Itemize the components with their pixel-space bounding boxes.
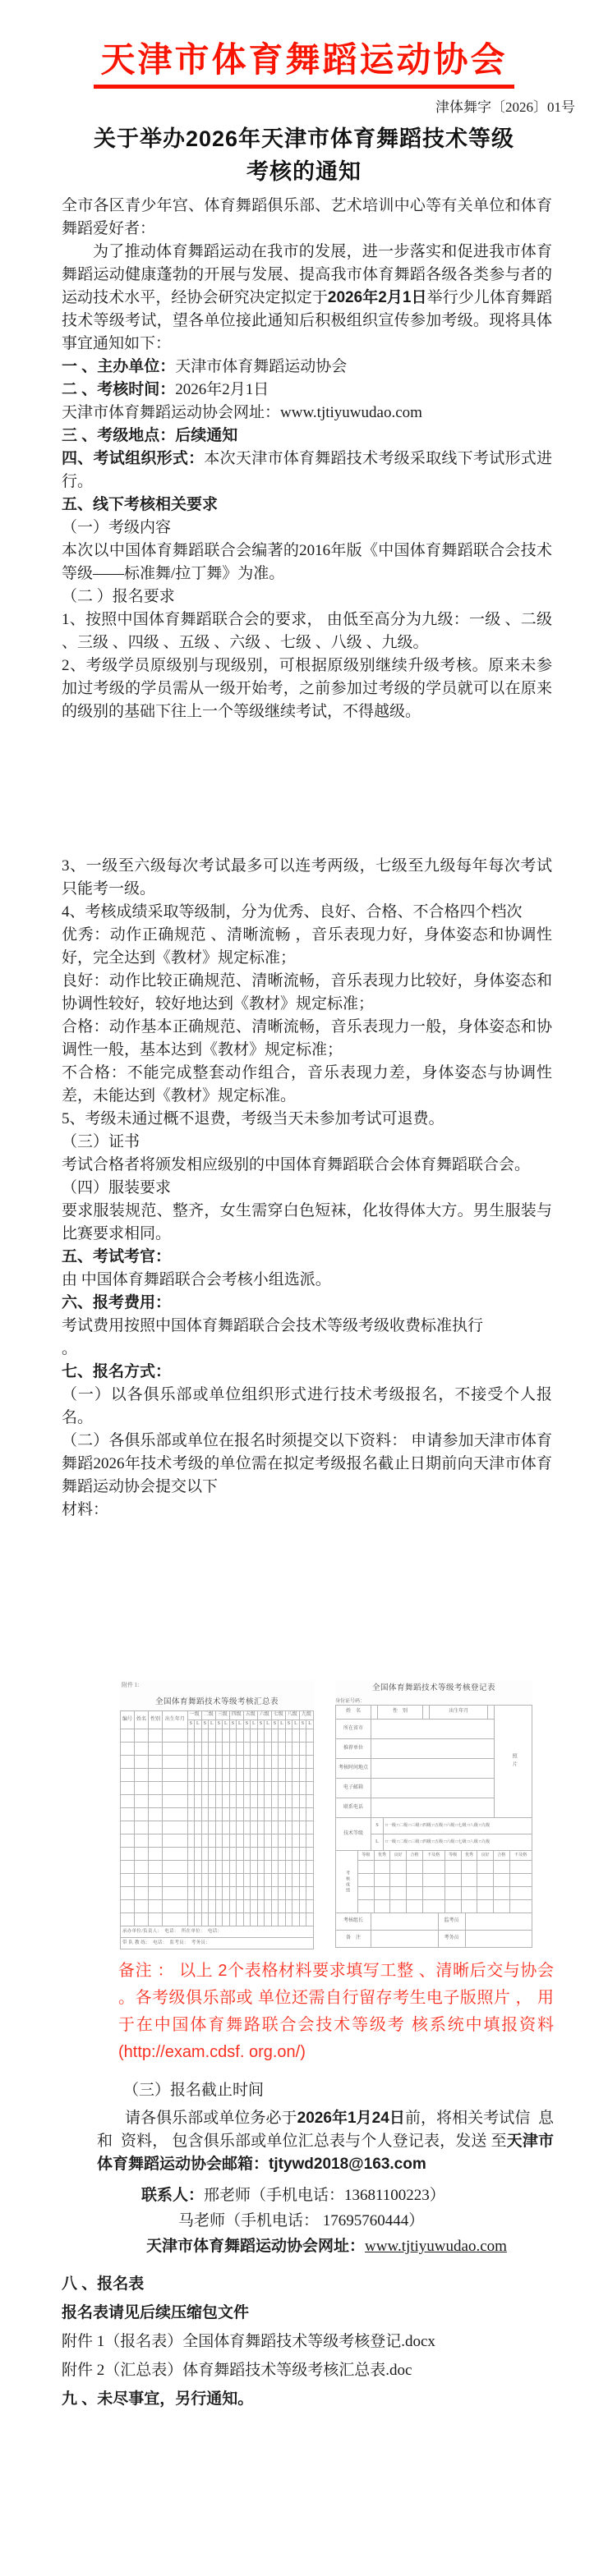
empty-cell: [121, 1861, 135, 1874]
score-cell: [358, 1874, 375, 1887]
empty-cell: [215, 1834, 222, 1848]
empty-cell: [257, 1795, 264, 1808]
empty-cell: [265, 1769, 272, 1782]
empty-cell: [222, 1834, 229, 1848]
empty-cell: [306, 1769, 314, 1782]
empty-cell: [243, 1900, 250, 1913]
text-run: 1、按照中国体育舞蹈联合会的要求， 由低至高分为九级：一级 、二级 、三级 、四…: [62, 611, 556, 651]
empty-cell: [187, 1743, 194, 1756]
empty-cell: [187, 1861, 194, 1874]
text-run: 八 、报名表: [62, 2275, 144, 2293]
score-row: [336, 1900, 532, 1913]
text-run: 附件 2（汇总表）体育舞蹈技术等级考核汇总表.doc: [62, 2362, 412, 2379]
summary-form-table: 编号姓名性别出生年月一级二级三级四级五级六级七级八级九级SLSLSLSLSLSL…: [120, 1710, 314, 1949]
grade-excellent: 优秀：动作正确规范 、清晰流畅 ，音乐表现力好，身体姿态和协调性好，完全达到《教…: [62, 924, 552, 970]
field-value: [371, 1739, 495, 1759]
dance-type-cell: L: [371, 1834, 384, 1851]
score-cell: [374, 1861, 390, 1874]
empty-cell: [229, 1874, 236, 1887]
empty-cell: [271, 1808, 278, 1821]
empty-cell: [163, 1769, 188, 1782]
empty-cell: [279, 1874, 286, 1887]
empty-cell: [163, 1808, 188, 1821]
score-cell: [422, 1900, 444, 1913]
score-cell: [358, 1861, 375, 1874]
text-run: 优秀：动作正确规范 、清晰流畅 ，音乐表现力好，身体姿态和协调性好，完全达到《教…: [62, 926, 552, 967]
empty-cell: [135, 1848, 149, 1861]
empty-cell: [285, 1743, 292, 1756]
field-label: 联系电话: [336, 1798, 371, 1818]
score-cell: [422, 1861, 444, 1874]
empty-cell: [251, 1874, 258, 1887]
empty-cell: [285, 1795, 292, 1808]
empty-cell: [215, 1808, 222, 1821]
contact-person-2: 马老师（手机电话： 17695760444）: [178, 2210, 552, 2233]
empty-cell: [306, 1834, 314, 1848]
empty-cell: [229, 1808, 236, 1821]
footer-value: [371, 1913, 439, 1931]
certificate-text: 考试合格者将颁发相应级别的中国体育舞蹈联合会体育舞蹈联合会。: [62, 1154, 552, 1177]
registration-top-table: 姓 名性 别出生年月照片所在省市推荐单位考核时间地点电子邮箱联系电话: [335, 1705, 532, 1818]
empty-cell: [279, 1848, 286, 1861]
empty-cell: [243, 1743, 250, 1756]
text-run: 联系人：: [141, 2187, 204, 2204]
content-basis: 本次以中国体育舞蹈联合会编著的2016年版《中国体育舞蹈联合会技术等级——标准舞…: [62, 540, 552, 585]
text-run: 邢老师（手机电话：13681100223）: [204, 2187, 445, 2204]
empty-cell: [257, 1874, 264, 1887]
text-run: 九 、未尽事宜，另行通知。: [62, 2390, 253, 2408]
empty-cell: [208, 1782, 215, 1795]
form-header-row: 编号姓名性别出生年月一级二级三级四级五级六级七级八级九级: [121, 1711, 314, 1720]
empty-cell: [292, 1874, 300, 1887]
empty-cell: [265, 1795, 272, 1808]
empty-cell: [208, 1887, 215, 1900]
empty-cell: [279, 1913, 286, 1926]
empty-cell: [149, 1861, 163, 1874]
score-cell: [390, 1900, 407, 1913]
registration-form-title: 全国体育舞蹈技术等级考核登记表: [335, 1681, 532, 1692]
forms-note: 报名表请见后续压缩包文件: [62, 2302, 552, 2325]
score-cell: [422, 1874, 444, 1887]
score-cell: [493, 1887, 509, 1900]
empty-cell: [251, 1782, 258, 1795]
empty-cell: [187, 1834, 194, 1848]
empty-cell: [237, 1769, 244, 1782]
empty-cell: [229, 1769, 236, 1782]
score-row: [336, 1887, 532, 1900]
text-run: 马老师（手机电话： 17695760444）: [178, 2212, 424, 2229]
empty-cell: [163, 1834, 188, 1848]
empty-cell: [201, 1821, 208, 1834]
page-gap: [0, 1522, 608, 1678]
empty-cell: [265, 1756, 272, 1769]
grade-column-header: 七级: [271, 1711, 285, 1720]
empty-cell: [208, 1795, 215, 1808]
rule-3: 3、一级至六级每次考试最多可以连考两级，七级至九级每年每次考试只能考一级。: [62, 855, 552, 901]
empty-cell: [149, 1743, 163, 1756]
empty-cell: [285, 1913, 292, 1926]
empty-cell: [201, 1861, 208, 1874]
empty-cell: [257, 1913, 264, 1926]
empty-data-row: [121, 1821, 314, 1834]
grade-subcolumn: S: [271, 1720, 278, 1729]
empty-data-row: [121, 1900, 314, 1913]
empty-cell: [229, 1795, 236, 1808]
empty-cell: [135, 1900, 149, 1913]
empty-cell: [201, 1874, 208, 1887]
empty-cell: [201, 1729, 208, 1743]
score-cell: [374, 1874, 390, 1887]
empty-data-row: [121, 1848, 314, 1861]
field-label: 考核时间地点: [336, 1759, 371, 1779]
empty-cell: [292, 1913, 300, 1926]
grade-subcolumn: L: [279, 1720, 286, 1729]
empty-cell: [208, 1743, 215, 1756]
grade-pass: 合格：动作基本正确规范、清晰流畅，音乐表现力一般，身体姿态和协调性一般，基本达到…: [62, 1016, 552, 1062]
empty-cell: [285, 1782, 292, 1795]
empty-cell: [121, 1795, 135, 1808]
empty-cell: [251, 1808, 258, 1821]
score-cell: [509, 1887, 532, 1900]
empty-cell: [285, 1900, 292, 1913]
empty-cell: [306, 1900, 314, 1913]
empty-cell: [201, 1782, 208, 1795]
empty-cell: [306, 1887, 314, 1900]
empty-cell: [243, 1887, 250, 1900]
empty-cell: [121, 1874, 135, 1887]
grade-subcolumn: L: [306, 1720, 314, 1729]
empty-cell: [215, 1821, 222, 1834]
doc-number: 津体舞字〔2026〕01号: [0, 95, 575, 116]
score-cell: [390, 1887, 407, 1900]
text-run: （二）各俱乐部或单位在报名时须提交以下资料： 申请参加天津市体育舞蹈2026年技…: [62, 1432, 552, 1495]
empty-cell: [271, 1848, 278, 1861]
empty-cell: [121, 1900, 135, 1913]
rule-5: 5、考级未通过概不退费，考级当天未参加考试可退费。: [62, 1108, 552, 1131]
document-body: 全市各区青少年宫、体育舞蹈俱乐部、艺术培训中心等有关单位和体育舞蹈爱好者：为了推…: [0, 195, 608, 2411]
empty-cell: [243, 1795, 250, 1808]
grade-good: 良好：动作比较正确规范、清晰流畅，音乐表现力比较好，身体姿态和协调性较好，较好地…: [62, 970, 552, 1016]
field-value: [423, 1706, 430, 1720]
empty-cell: [215, 1743, 222, 1756]
empty-cell: [208, 1756, 215, 1769]
association-website: 天津市体育舞蹈运动协会网址：www.tjtiyuwudao.com: [146, 2235, 552, 2258]
empty-cell: [306, 1913, 314, 1926]
empty-cell: [121, 1834, 135, 1848]
empty-cell: [163, 1887, 188, 1900]
empty-cell: [292, 1821, 300, 1834]
empty-cell: [285, 1861, 292, 1874]
empty-cell: [251, 1743, 258, 1756]
footer-value: [371, 1931, 439, 1948]
empty-cell: [229, 1887, 236, 1900]
empty-cell: [229, 1834, 236, 1848]
score-cell: [358, 1887, 375, 1900]
salutation: 全市各区青少年宫、体育舞蹈俱乐部、艺术培训中心等有关单位和体育舞蹈爱好者：: [62, 195, 552, 241]
empty-cell: [163, 1848, 188, 1861]
empty-cell: [243, 1874, 250, 1887]
empty-cell: [265, 1874, 272, 1887]
fees-text: 考试费用按照中国体育舞蹈联合会技术等级考级收费标准执行: [62, 1315, 552, 1338]
empty-cell: [271, 1821, 278, 1834]
empty-cell: [222, 1821, 229, 1834]
grade-subcolumn: S: [243, 1720, 250, 1729]
sub-3-deadline: （三）报名截止时间: [123, 2079, 552, 2102]
empty-cell: [121, 1808, 135, 1821]
empty-cell: [187, 1821, 194, 1834]
text-run: 天津市体育舞蹈运动协会: [175, 358, 347, 375]
empty-cell: [299, 1874, 306, 1887]
empty-cell: [271, 1887, 278, 1900]
empty-cell: [215, 1887, 222, 1900]
footer-labels-cell: 带 队 教 练： 电话： 监考员： 考务员：: [121, 1938, 314, 1949]
empty-cell: [285, 1769, 292, 1782]
empty-cell: [194, 1821, 201, 1834]
score-cell: [444, 1900, 461, 1913]
attachment-forms: 附件 1:全国体育舞蹈技术等级考核汇总表编号姓名性别出生年月一级二级三级四级五级…: [120, 1681, 608, 1949]
empty-cell: [222, 1913, 229, 1926]
empty-cell: [237, 1887, 244, 1900]
empty-cell: [121, 1848, 135, 1861]
grade-subcolumn: L: [265, 1720, 272, 1729]
empty-cell: [306, 1782, 314, 1795]
empty-cell: [222, 1769, 229, 1782]
grade-column-header: 二级: [201, 1711, 215, 1720]
empty-cell: [187, 1874, 194, 1887]
score-cell: [509, 1900, 532, 1913]
empty-cell: [215, 1874, 222, 1887]
empty-cell: [135, 1861, 149, 1874]
empty-cell: [299, 1795, 306, 1808]
grade-subcolumn: L: [292, 1720, 300, 1729]
empty-cell: [187, 1887, 194, 1900]
empty-cell: [163, 1743, 188, 1756]
notice-title: 关于举办2026年天津市体育舞蹈技术等级 考核的通知: [0, 122, 608, 188]
empty-cell: [215, 1900, 222, 1913]
empty-cell: [257, 1821, 264, 1834]
field-value: [371, 1759, 495, 1779]
empty-cell: [271, 1834, 278, 1848]
empty-cell: [149, 1834, 163, 1848]
grade-column-header: 八级: [285, 1711, 299, 1720]
empty-cell: [237, 1808, 244, 1821]
empty-cell: [237, 1795, 244, 1808]
empty-cell: [215, 1769, 222, 1782]
score-header-cell: 不及格: [509, 1851, 532, 1861]
empty-cell: [279, 1821, 286, 1834]
empty-cell: [135, 1887, 149, 1900]
empty-cell: [187, 1769, 194, 1782]
empty-cell: [306, 1848, 314, 1861]
empty-cell: [251, 1900, 258, 1913]
empty-cell: [279, 1887, 286, 1900]
top-fields-row: 姓 名性 别出生年月照片: [336, 1706, 532, 1720]
empty-cell: [229, 1743, 236, 1756]
attachment-2-filename: 附件 2（汇总表）体育舞蹈技术等级考核汇总表.doc: [62, 2359, 552, 2382]
empty-cell: [201, 1913, 208, 1926]
empty-cell: [279, 1769, 286, 1782]
text-run: 一 、主办单位：: [62, 358, 175, 375]
empty-cell: [292, 1808, 300, 1821]
score-header-cell: 合格: [407, 1851, 423, 1861]
empty-cell: [222, 1782, 229, 1795]
column-header: 出生年月: [163, 1711, 188, 1729]
empty-cell: [163, 1756, 188, 1769]
text-run: 三 、考级地点：后续通知: [62, 427, 237, 444]
empty-cell: [135, 1729, 149, 1743]
empty-cell: [135, 1821, 149, 1834]
score-cell: [461, 1861, 477, 1874]
empty-cell: [121, 1782, 135, 1795]
empty-cell: [306, 1821, 314, 1834]
empty-cell: [299, 1743, 306, 1756]
empty-cell: [121, 1756, 135, 1769]
score-header-cell: 合格: [493, 1851, 509, 1861]
empty-cell: [194, 1795, 201, 1808]
text-run: 不合格：不能完成整套动作组合，音乐表现力差，身体姿态与协调性差，未能达到《教材》…: [62, 1064, 552, 1104]
empty-cell: [194, 1848, 201, 1861]
empty-cell: [135, 1756, 149, 1769]
grade-subcolumn: L: [208, 1720, 215, 1729]
empty-cell: [163, 1821, 188, 1834]
empty-cell: [135, 1743, 149, 1756]
empty-cell: [222, 1729, 229, 1743]
empty-cell: [279, 1782, 286, 1795]
item-8-forms: 八 、报名表: [62, 2273, 552, 2296]
grade-column-header: 三级: [215, 1711, 229, 1720]
score-cell: [390, 1861, 407, 1874]
examiners-text: 由 中国体育舞蹈联合会考核小组选派。: [62, 1269, 552, 1292]
text-run: 五、线下考核相关要求: [62, 496, 218, 513]
score-cell: [477, 1861, 494, 1874]
empty-cell: [243, 1861, 250, 1874]
empty-cell: [299, 1848, 306, 1861]
empty-cell: [208, 1913, 215, 1926]
grade-column-header: 五级: [243, 1711, 257, 1720]
empty-cell: [149, 1874, 163, 1887]
empty-cell: [306, 1795, 314, 1808]
empty-cell: [251, 1913, 258, 1926]
empty-cell: [237, 1834, 244, 1848]
item-5-examiners: 五、考试考官：: [62, 1246, 552, 1269]
empty-cell: [163, 1782, 188, 1795]
empty-cell: [279, 1795, 286, 1808]
empty-cell: [299, 1913, 306, 1926]
empty-cell: [149, 1782, 163, 1795]
empty-cell: [201, 1769, 208, 1782]
score-header-cell: 优秀: [461, 1851, 477, 1861]
score-row: [336, 1861, 532, 1874]
text-run: 2026年1月24日: [297, 2110, 405, 2127]
empty-cell: [285, 1874, 292, 1887]
empty-cell: [163, 1861, 188, 1874]
form-footer-row: 带 队 教 练： 电话： 监考员： 考务员：: [121, 1938, 314, 1949]
empty-cell: [299, 1729, 306, 1743]
empty-cell: [257, 1900, 264, 1913]
empty-cell: [194, 1729, 201, 1743]
empty-cell: [257, 1756, 264, 1769]
empty-cell: [251, 1834, 258, 1848]
empty-cell: [135, 1913, 149, 1926]
text-run: 备注 ： 以上 2个表格材料要求填写工整 、清晰后交与协会 。各考级俱乐部或 单…: [118, 1962, 559, 2061]
text-run: 考试费用按照中国体育舞蹈联合会技术等级考级收费标准执行: [62, 1317, 483, 1334]
grade-options-cell: □一级 □二级 □三级 □四级 □五级 □六级 □七级 □八级 □九级: [384, 1834, 532, 1851]
empty-cell: [149, 1900, 163, 1913]
empty-cell: [222, 1808, 229, 1821]
grade-subcolumn: S: [229, 1720, 236, 1729]
signup-1: （一）以各俱乐部或单位组织形式进行技术考级报名，不接受个人报名。: [62, 1384, 552, 1430]
empty-data-row: [121, 1795, 314, 1808]
empty-cell: [237, 1848, 244, 1861]
empty-cell: [265, 1782, 272, 1795]
dance-type-cell: S: [371, 1818, 384, 1834]
empty-cell: [243, 1729, 250, 1743]
registration-form-image: 全国体育舞蹈技术等级考核登记表身份证号码：姓 名性 别出生年月照片所在省市推荐单…: [335, 1681, 532, 1948]
empty-cell: [237, 1756, 244, 1769]
empty-cell: [243, 1821, 250, 1834]
empty-cell: [285, 1834, 292, 1848]
registration-footer-row: 考核组长监考员: [336, 1913, 532, 1931]
website-line: 天津市体育舞蹈运动协会网址：www.tjtiyuwudao.com: [62, 402, 552, 425]
empty-cell: [279, 1834, 286, 1848]
text-run: 七、报名方式：: [62, 1363, 171, 1380]
field-value: [371, 1706, 378, 1720]
empty-cell: [271, 1913, 278, 1926]
attachment-corner-label: 附件 1:: [122, 1681, 314, 1689]
grade-column-header: 九级: [299, 1711, 313, 1720]
empty-cell: [251, 1861, 258, 1874]
notice-title-line2: 考核的通知: [0, 155, 608, 188]
text-run: 请各俱乐部或单位务必于: [125, 2110, 297, 2127]
empty-cell: [149, 1887, 163, 1900]
item-6-fees: 六、报考费用：: [62, 1292, 552, 1315]
footer-label: 监考员: [438, 1913, 465, 1931]
empty-cell: [243, 1782, 250, 1795]
score-cell: [374, 1900, 390, 1913]
empty-cell: [257, 1887, 264, 1900]
org-title: 天津市体育舞蹈运动协会: [94, 33, 514, 89]
sub-4-dress: （四）服装要求: [62, 1177, 552, 1200]
text-run: 五、考试考官：: [62, 1248, 171, 1265]
empty-cell: [194, 1874, 201, 1887]
score-cell: [477, 1900, 494, 1913]
item-9-other: 九 、未尽事宜，另行通知。: [62, 2388, 552, 2411]
empty-cell: [215, 1861, 222, 1874]
empty-cell: [149, 1769, 163, 1782]
empty-cell: [271, 1743, 278, 1756]
empty-cell: [292, 1769, 300, 1782]
empty-cell: [201, 1808, 208, 1821]
empty-cell: [279, 1743, 286, 1756]
empty-data-row: [121, 1861, 314, 1874]
grade-row: 技术等级S□一级 □二级 □三级 □四级 □五级 □六级 □七级 □八级 □九级: [336, 1818, 532, 1834]
item-3-location: 三 、考级地点：后续通知: [62, 425, 552, 448]
grade-checkbox-table: 技术等级S□一级 □二级 □三级 □四级 □五级 □六级 □七级 □八级 □九级…: [335, 1817, 532, 1851]
empty-cell: [279, 1900, 286, 1913]
text-run: 2、考级学员原级别与现级别，可根据原级别继续升级考核。原来未参加过考级的学员需从…: [62, 657, 552, 720]
empty-cell: [306, 1874, 314, 1887]
empty-cell: [187, 1808, 194, 1821]
score-cell: [509, 1861, 532, 1874]
empty-cell: [187, 1848, 194, 1861]
empty-cell: [229, 1729, 236, 1743]
registration-footer-table: 考核组长监考员备 注考务员: [335, 1912, 532, 1948]
website-link[interactable]: www.tjtiyuwudao.com: [365, 2238, 507, 2255]
score-cell: [461, 1900, 477, 1913]
empty-cell: [265, 1861, 272, 1874]
footer-label: 考核组长: [336, 1913, 371, 1931]
score-cell: [493, 1861, 509, 1874]
